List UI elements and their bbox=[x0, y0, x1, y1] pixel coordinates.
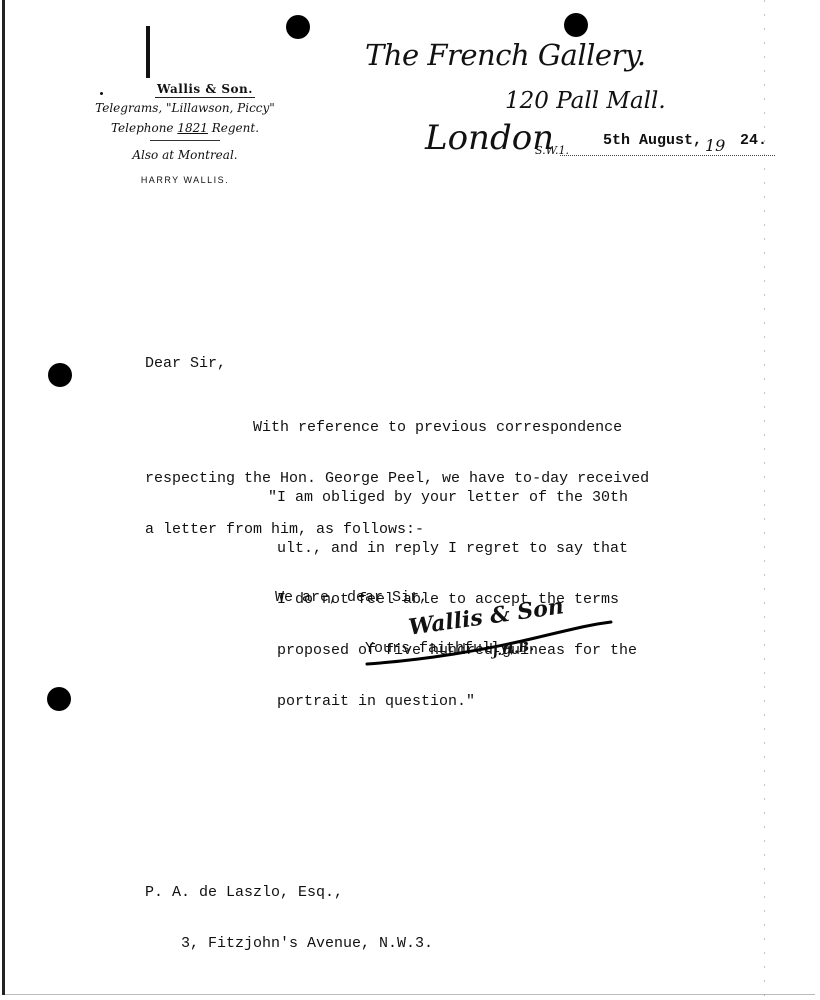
quote-line: "I am obliged by your letter of the 30th bbox=[268, 489, 637, 506]
letterhead-left: Wallis & Son. Telegrams, "Lillawson, Pic… bbox=[90, 80, 280, 185]
also-at-line: Also at Montreal. bbox=[90, 145, 280, 165]
firm-name: Wallis & Son. bbox=[155, 82, 255, 98]
year-suffix: 24. bbox=[740, 132, 767, 149]
gallery-name: The French Gallery. bbox=[365, 38, 646, 72]
recipient-line: P. A. de Laszlo, Esq., bbox=[145, 884, 433, 901]
telephone-exchange: Regent. bbox=[212, 121, 259, 135]
telephone-number: 1821 bbox=[177, 121, 208, 135]
proprietor-name: HARRY WALLIS. bbox=[90, 175, 280, 185]
paragraph-line: With reference to previous correspondenc… bbox=[145, 419, 649, 436]
recipient-address: P. A. de Laszlo, Esq., 3, Fitzjohn's Ave… bbox=[145, 850, 433, 986]
year-prefix: 19 bbox=[705, 136, 725, 155]
punch-hole-left-upper bbox=[48, 363, 72, 387]
letter-date: 5th August, bbox=[603, 132, 702, 149]
salutation: Dear Sir, bbox=[145, 355, 226, 372]
punch-hole-top-right bbox=[564, 13, 588, 37]
punch-hole-left-lower bbox=[47, 687, 71, 711]
street-address: 120 Pall Mall. bbox=[505, 88, 666, 114]
quote-line: portrait in question." bbox=[268, 693, 637, 710]
letterhead-rule bbox=[150, 140, 220, 141]
margin-speckle bbox=[764, 0, 765, 1000]
telephone-line: Telephone 1821 Regent. bbox=[90, 118, 280, 138]
date-rule bbox=[560, 155, 775, 156]
recipient-line: 3, Fitzjohn's Avenue, N.W.3. bbox=[145, 935, 433, 952]
binder-mark bbox=[146, 8, 150, 78]
punch-hole-top-left bbox=[286, 15, 310, 39]
page-left-edge bbox=[2, 0, 5, 995]
telegrams-line: Telegrams, "Lillawson, Piccy" bbox=[90, 98, 280, 118]
telephone-label: Telephone bbox=[111, 121, 174, 135]
letter-page: Wallis & Son. Telegrams, "Lillawson, Pic… bbox=[0, 0, 820, 1000]
page-bottom-edge bbox=[5, 994, 815, 995]
